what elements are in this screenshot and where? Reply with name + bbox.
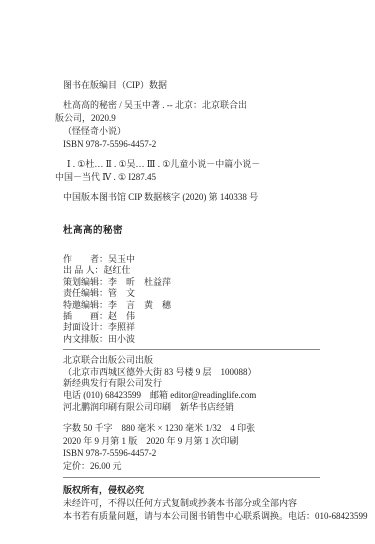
book-title: 杜高高的秘密 (55, 225, 321, 238)
publication-block: 北京联合出版公司出版 （北京市西城区德外大街 83 号楼 9 层 100088）… (55, 355, 321, 413)
credit-label: 出 品 人： (63, 265, 104, 275)
copyright-page: 图书在版编目（CIP）数据 杜高高的秘密 / 吴玉中著 . -- 北京：北京联合… (0, 0, 375, 544)
credit-value: 赵 伟 (108, 311, 135, 321)
cip-series-line: （怪怪奇小说） (55, 125, 321, 138)
cip-classification-line-2: 中国－当代 Ⅳ . ① I287.45 (55, 171, 321, 184)
credit-row-invited-editor: 特邀编辑：李 言 黄 穗 (63, 300, 321, 311)
credit-row-producer: 出 品 人：赵红仕 (63, 265, 321, 276)
publisher-address-line: （北京市西城区德外大街 83 号楼 9 层 100088） (63, 367, 321, 379)
credits-block: 作 者：吴玉中 出 品 人：赵红仕 策划编辑：李 昕 杜益萍 责任编辑：管 文 … (55, 254, 321, 345)
cip-description-line-2: 版公司，2020.9 (55, 112, 321, 125)
cip-heading: 图书在版编目（CIP）数据 (55, 79, 321, 92)
credit-row-planning-editor: 策划编辑：李 昕 杜益萍 (63, 277, 321, 288)
credit-label: 策划编辑： (63, 277, 108, 287)
credit-value: 李 昕 杜益萍 (108, 277, 171, 287)
credit-row-author: 作 者：吴玉中 (63, 254, 321, 265)
page-content: 图书在版编目（CIP）数据 杜高高的秘密 / 吴玉中著 . -- 北京：北京联合… (55, 79, 321, 523)
credit-row-cover-design: 封面设计：李照祥 (63, 322, 321, 333)
credit-row-responsible-editor: 责任编辑：管 文 (63, 288, 321, 299)
credit-row-illustration: 插 画：赵 伟 (63, 311, 321, 322)
credit-value: 吴玉中 (108, 254, 135, 264)
cip-classification-line-1: Ⅰ . ①杜… Ⅱ . ①吴… Ⅲ . ①儿童小说－中篇小说－ (55, 158, 321, 171)
copyright-line-2: 本书若有质量问题，请与本公司图书销售中心联系调换。电话：010-68423599 (63, 510, 321, 523)
copyright-line-1: 未经许可，不得以任何方式复制或抄袭本书部分或全部内容 (63, 497, 321, 510)
cip-description-line-1: 杜高高的秘密 / 吴玉中著 . -- 北京：北京联合出 (55, 99, 321, 112)
edition-line: 2020 年 9 月第 1 版 2020 年 9 月第 1 次印刷 (63, 435, 321, 448)
credit-label: 特邀编辑： (63, 300, 108, 310)
divider-bottom (63, 477, 320, 478)
cip-record-number-line: 中国版本图书馆 CIP 数据核字 (2020) 第 140338 号 (55, 191, 321, 204)
printing-info-block: 字数 50 千字 880 毫米 × 1230 毫米 1/32 4 印张 2020… (55, 422, 321, 472)
credit-value: 李 言 黄 穗 (108, 300, 171, 310)
cip-isbn-line: ISBN 978-7-5596-4457-2 (55, 138, 321, 151)
distributor-line: 新经典发行有限公司发行 (63, 378, 321, 390)
format-line: 字数 50 千字 880 毫米 × 1230 毫米 1/32 4 印张 (63, 422, 321, 435)
isbn-line: ISBN 978-7-5596-4457-2 (63, 447, 321, 460)
cip-data-block: 图书在版编目（CIP）数据 杜高高的秘密 / 吴玉中著 . -- 北京：北京联合… (55, 79, 321, 204)
credit-value: 田小波 (108, 334, 135, 344)
credit-label: 内文排版： (63, 334, 108, 344)
price-line: 定价：26.00 元 (63, 460, 321, 473)
copyright-notice: 版权所有，侵权必究 (63, 484, 321, 497)
credit-label: 作 者： (63, 254, 108, 264)
credit-value: 赵红仕 (104, 265, 131, 275)
credit-row-layout: 内文排版：田小波 (63, 334, 321, 345)
divider-top (63, 349, 320, 350)
credit-value: 李照祥 (108, 322, 135, 332)
contact-line: 电话 (010) 68423599 邮箱 editor@readinglife.… (63, 390, 321, 402)
credit-label: 责任编辑： (63, 288, 108, 298)
credit-label: 插 画： (63, 311, 108, 321)
printer-line: 河北鹏润印刷有限公司印刷 新华书店经销 (63, 402, 321, 414)
copyright-block: 版权所有，侵权必究 未经许可，不得以任何方式复制或抄袭本书部分或全部内容 本书若… (55, 484, 321, 523)
credit-value: 管 文 (108, 288, 135, 298)
publisher-line: 北京联合出版公司出版 (63, 355, 321, 367)
credit-label: 封面设计： (63, 322, 108, 332)
